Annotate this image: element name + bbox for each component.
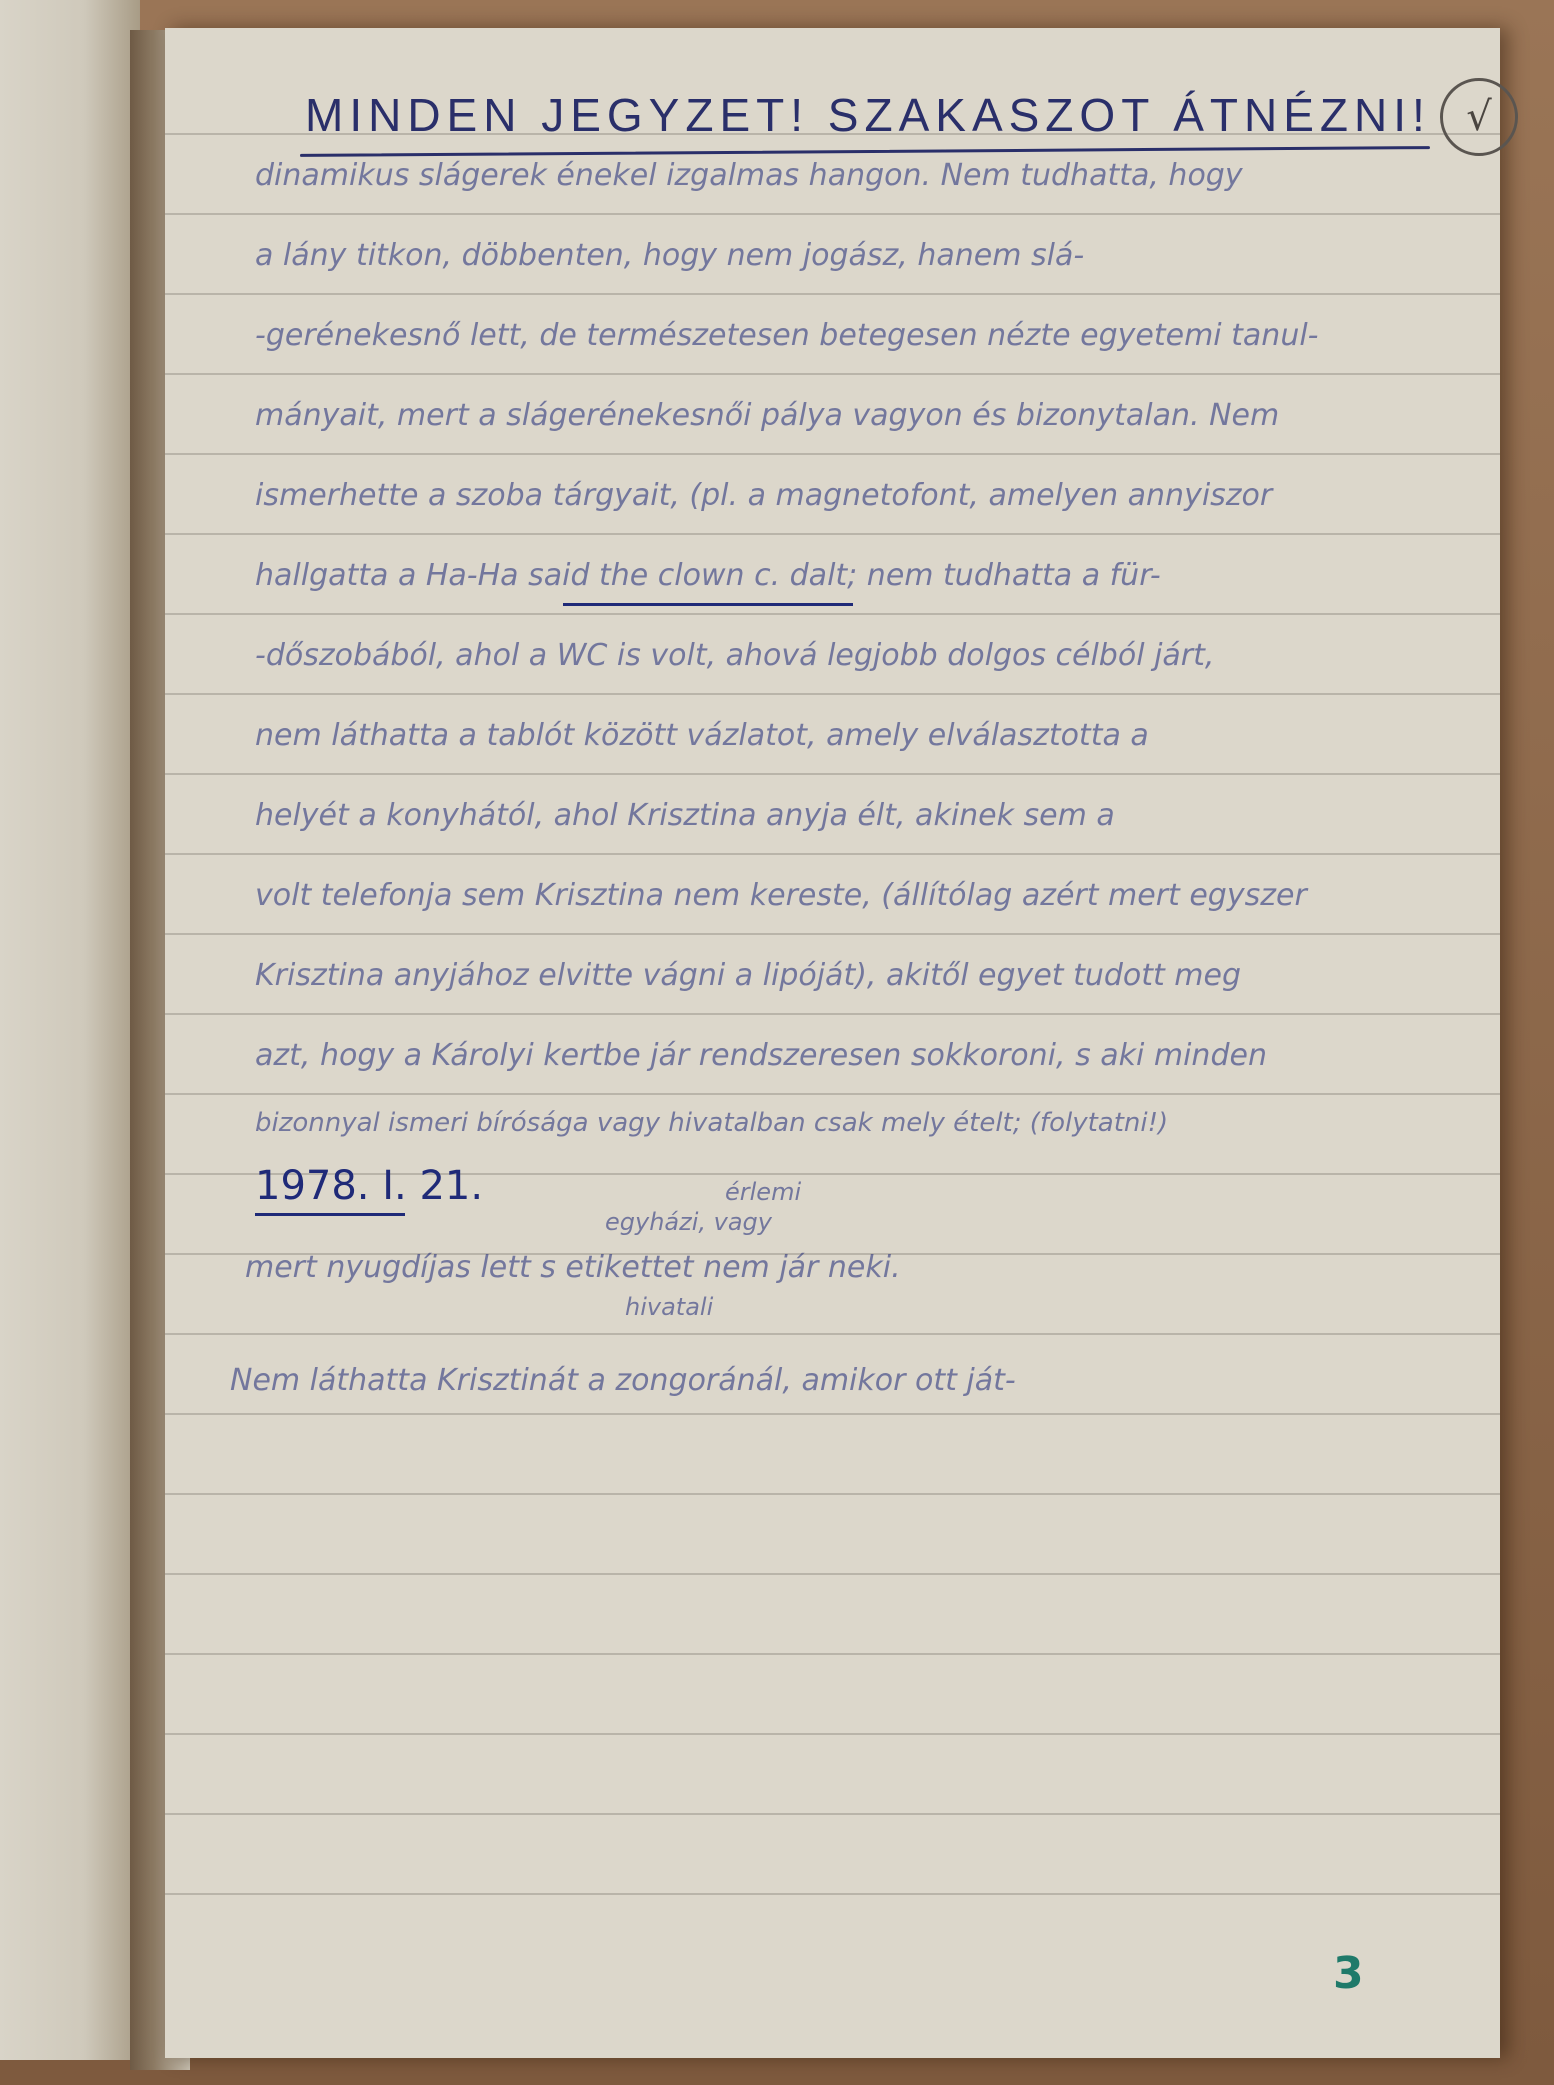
ruled-line	[165, 1333, 1500, 1335]
ruled-line	[165, 533, 1500, 535]
ruled-line	[165, 373, 1500, 375]
text-line: helyét a konyhától, ahol Krisztina anyja…	[255, 798, 1115, 833]
ruled-line	[165, 853, 1500, 855]
circled-check-mark: √	[1440, 78, 1518, 156]
text-line: -dőszobából, ahol a WC is volt, ahová le…	[255, 638, 1214, 673]
text-line: azt, hogy a Károlyi kertbe jár rendszere…	[255, 1038, 1267, 1073]
text-line: dinamikus slágerek énekel izgalmas hango…	[255, 158, 1243, 193]
ruled-line	[165, 1733, 1500, 1735]
date-underline	[255, 1213, 405, 1216]
text-line: -gerénekesnő lett, de természetesen bete…	[255, 318, 1319, 353]
ruled-line	[165, 213, 1500, 215]
ruled-line	[165, 933, 1500, 935]
ruled-line	[165, 453, 1500, 455]
text-line: bizonnyal ismeri bírósága vagy hivatalba…	[255, 1108, 1168, 1138]
text-line: volt telefonja sem Krisztina nem kereste…	[255, 878, 1307, 913]
ruled-line	[165, 773, 1500, 775]
ruled-line	[165, 1813, 1500, 1815]
text-line: Nem láthatta Krisztinát a zongoránál, am…	[230, 1363, 1016, 1398]
text-line: mert nyugdíjas lett s etikettet nem jár …	[245, 1250, 901, 1285]
annotation-below: hivatali	[625, 1293, 713, 1321]
text-line: a lány titkon, döbbenten, hogy nem jogás…	[255, 238, 1084, 273]
text-line: mányait, mert a slágerénekesnői pálya va…	[255, 398, 1279, 433]
annotation-middle: egyházi, vagy	[605, 1208, 772, 1236]
ruled-line	[165, 1093, 1500, 1095]
ruled-line	[165, 1493, 1500, 1495]
ruled-line	[165, 1573, 1500, 1575]
ruled-line	[165, 1893, 1500, 1895]
entry-date: 1978. I. 21.	[255, 1163, 483, 1209]
text-line: ismerhette a szoba tárgyait, (pl. a magn…	[255, 478, 1272, 513]
left-page	[0, 0, 140, 2060]
song-title-underline	[563, 603, 853, 606]
ruled-line	[165, 1013, 1500, 1015]
ruled-line	[165, 1413, 1500, 1415]
annotation-above: érlemi	[725, 1178, 801, 1206]
ruled-line	[165, 613, 1500, 615]
page-header: MINDEN JEGYZET! SZAKASZOT ÁTNÉZNI!	[305, 88, 1431, 142]
text-line: Krisztina anyjához elvitte vágni a lipój…	[255, 958, 1241, 993]
text-line: nem láthatta a tablót között vázlatot, a…	[255, 718, 1149, 753]
ruled-line	[165, 693, 1500, 695]
notebook-page: MINDEN JEGYZET! SZAKASZOT ÁTNÉZNI! √ din…	[165, 28, 1500, 2058]
text-line: hallgatta a Ha-Ha said the clown c. dalt…	[255, 558, 1161, 593]
ruled-line	[165, 293, 1500, 295]
page-number: 3	[1333, 1948, 1364, 1999]
ruled-line	[165, 1653, 1500, 1655]
header-underline	[300, 146, 1430, 157]
